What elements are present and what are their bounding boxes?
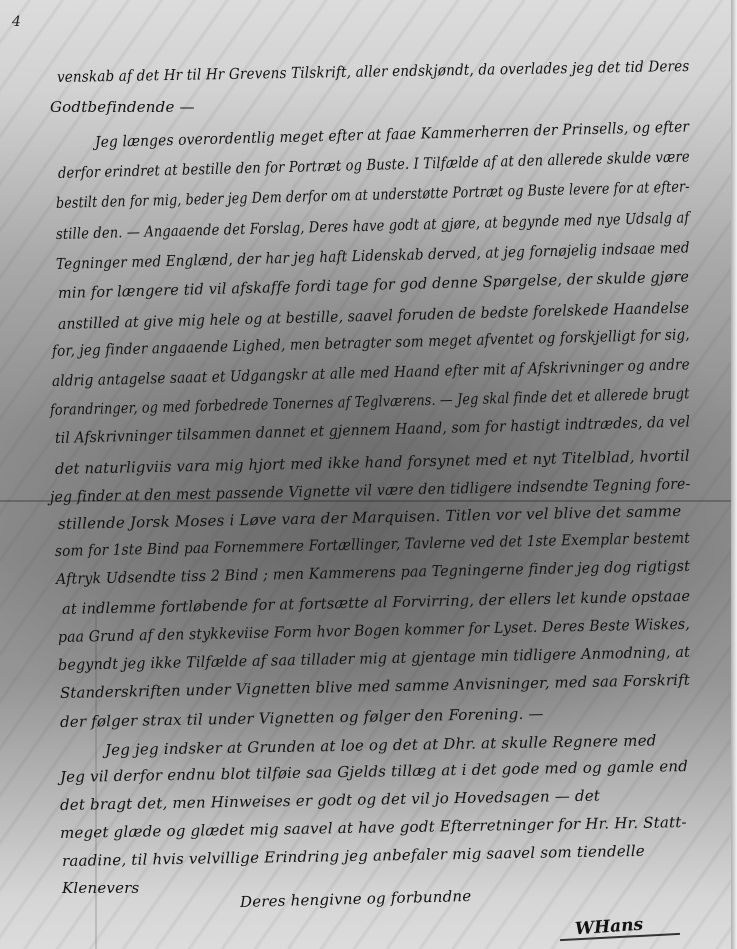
manuscript-line: Jeg jeg indsker at Grunden at loe og det… xyxy=(105,731,657,759)
manuscript-line: til Afskrivninger tilsammen dannet et gj… xyxy=(55,412,691,447)
manuscript-line: begyndt jeg ikke Tilfælde af saa tillade… xyxy=(58,643,690,674)
manuscript-line: at indlemme fortløbende for at fortsætte… xyxy=(62,587,691,618)
manuscript-line: bestilt den for mig, beder jeg Dem derfo… xyxy=(56,177,690,212)
manuscript-line: Klenevers xyxy=(62,879,139,897)
manuscript-line: raadine, til hvis velvillige Erindring j… xyxy=(62,842,645,870)
manuscript-line: derfor erindret at bestille den for Port… xyxy=(58,147,690,182)
closing-line: Deres hengivne og forbundne xyxy=(240,887,472,911)
manuscript-line: venskab af det Hr til Hr Grevens Tilskri… xyxy=(57,57,690,86)
manuscript-line: meget glæde og glædet mig saavel at have… xyxy=(60,813,687,842)
page-edge xyxy=(731,0,737,949)
manuscript-line: der følger strax til under Vignetten og … xyxy=(60,705,544,731)
manuscript-line: stille den. — Angaaende det Forslag, Der… xyxy=(56,208,690,243)
manuscript-line: som for 1ste Bind paa Fornemmere Fortæll… xyxy=(55,529,690,560)
manuscript-line: Godtbefindende — xyxy=(50,98,195,116)
manuscript-line: det naturligviis vara mig hjort med ikke… xyxy=(55,447,690,478)
manuscript-line: min for længere tid vil afskaffe fordi t… xyxy=(58,267,690,302)
manuscript-line: aldrig antagelse saaat et Udgangskr at a… xyxy=(52,355,690,390)
manuscript-line: det bragt det, men Hinweises er godt og … xyxy=(60,787,600,814)
page-number: 4 xyxy=(12,14,21,30)
manuscript-line: Jeg vil derfor endnu blot tilføie saa Gj… xyxy=(60,757,688,786)
manuscript-line: Tegninger med Englænd, der har jeg haft … xyxy=(56,238,690,273)
manuscript-line: forandringer, og med forbedrede Tonernes… xyxy=(50,384,690,419)
manuscript-page: 4 venskab af det Hr til Hr Grevens Tilsk… xyxy=(0,0,737,949)
manuscript-line: paa Grund af den stykkeviise Form hvor B… xyxy=(58,615,690,646)
manuscript-line: Jeg længes overordentlig meget efter at … xyxy=(95,117,690,151)
manuscript-line: Standerskriften under Vignetten blive me… xyxy=(60,671,690,702)
manuscript-line: Aftryk Udsendte tiss 2 Bind ; men Kammer… xyxy=(56,557,690,588)
manuscript-line: stillende Jorsk Moses i Løve vara der Ma… xyxy=(58,502,682,533)
